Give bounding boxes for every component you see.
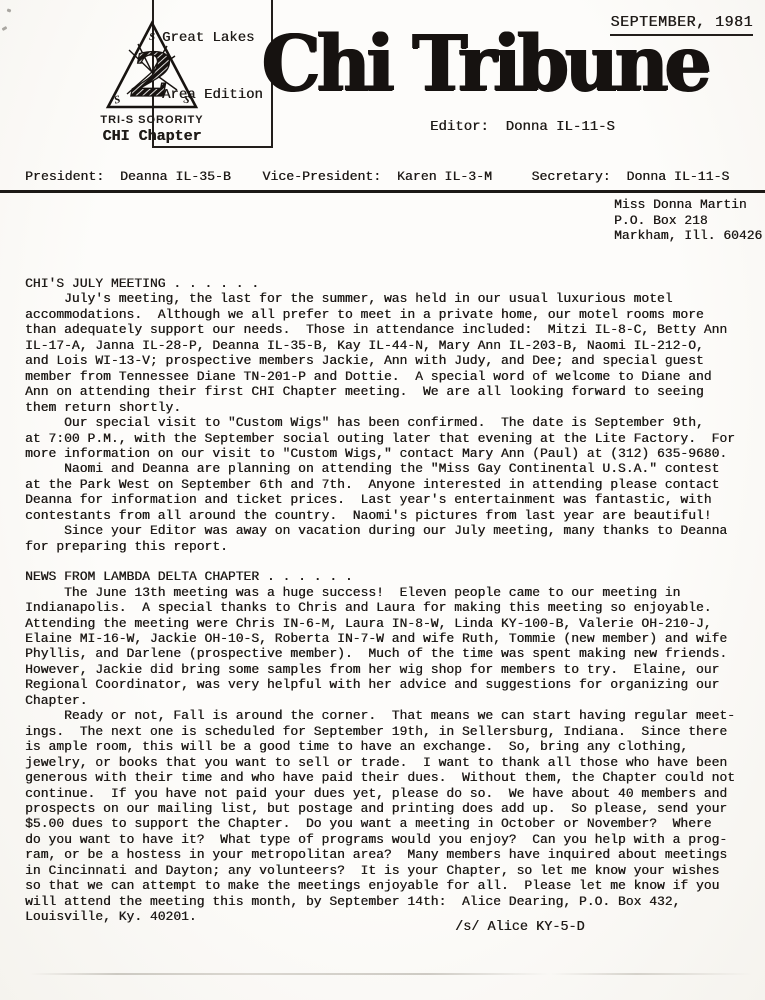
sorority-logo: S S S 2 TRI-S SORORITY CHI Chapter	[91, 20, 213, 145]
article-body-text: July's meeting, the last for the summer,…	[25, 291, 747, 554]
article-heading: CHI'S JULY MEETING . . . . . .	[25, 276, 747, 291]
officers-line: President: Deanna IL-35-B Vice-President…	[25, 169, 729, 184]
logo-numeral-2: 2	[130, 41, 173, 111]
article-heading: NEWS FROM LAMBDA DELTA CHAPTER . . . . .…	[25, 569, 747, 584]
scan-speck	[2, 26, 8, 31]
newsletter-page: Great Lakes Area Edition S S S	[0, 0, 765, 1000]
issue-date: SEPTEMBER, 1981	[610, 14, 753, 36]
editor-address-block: Miss Donna Martin P.O. Box 218 Markham, …	[614, 197, 762, 244]
article-section-chi-july-meeting: CHI'S JULY MEETING . . . . . . July's me…	[25, 276, 747, 554]
signature-line: /s/ Alice KY-5-D	[455, 920, 585, 935]
article-body-text: The June 13th meeting was a huge success…	[25, 585, 747, 925]
scan-artifact-line	[30, 973, 752, 975]
header-rule	[0, 190, 765, 193]
editor-line: Editor: Donna IL-11-S	[430, 119, 615, 135]
scan-speck	[7, 8, 12, 12]
corner-letter-right: S	[182, 94, 191, 107]
articles-body: CHI'S JULY MEETING . . . . . . July's me…	[25, 276, 747, 940]
logo-organization-name: TRI-S SORORITY	[91, 114, 213, 126]
logo-chapter-name: CHI Chapter	[91, 128, 213, 145]
corner-letter-left: S	[113, 94, 122, 107]
triangle-logo-icon: S S S 2	[105, 20, 199, 112]
article-section-lambda-delta-news: NEWS FROM LAMBDA DELTA CHAPTER . . . . .…	[25, 569, 747, 924]
